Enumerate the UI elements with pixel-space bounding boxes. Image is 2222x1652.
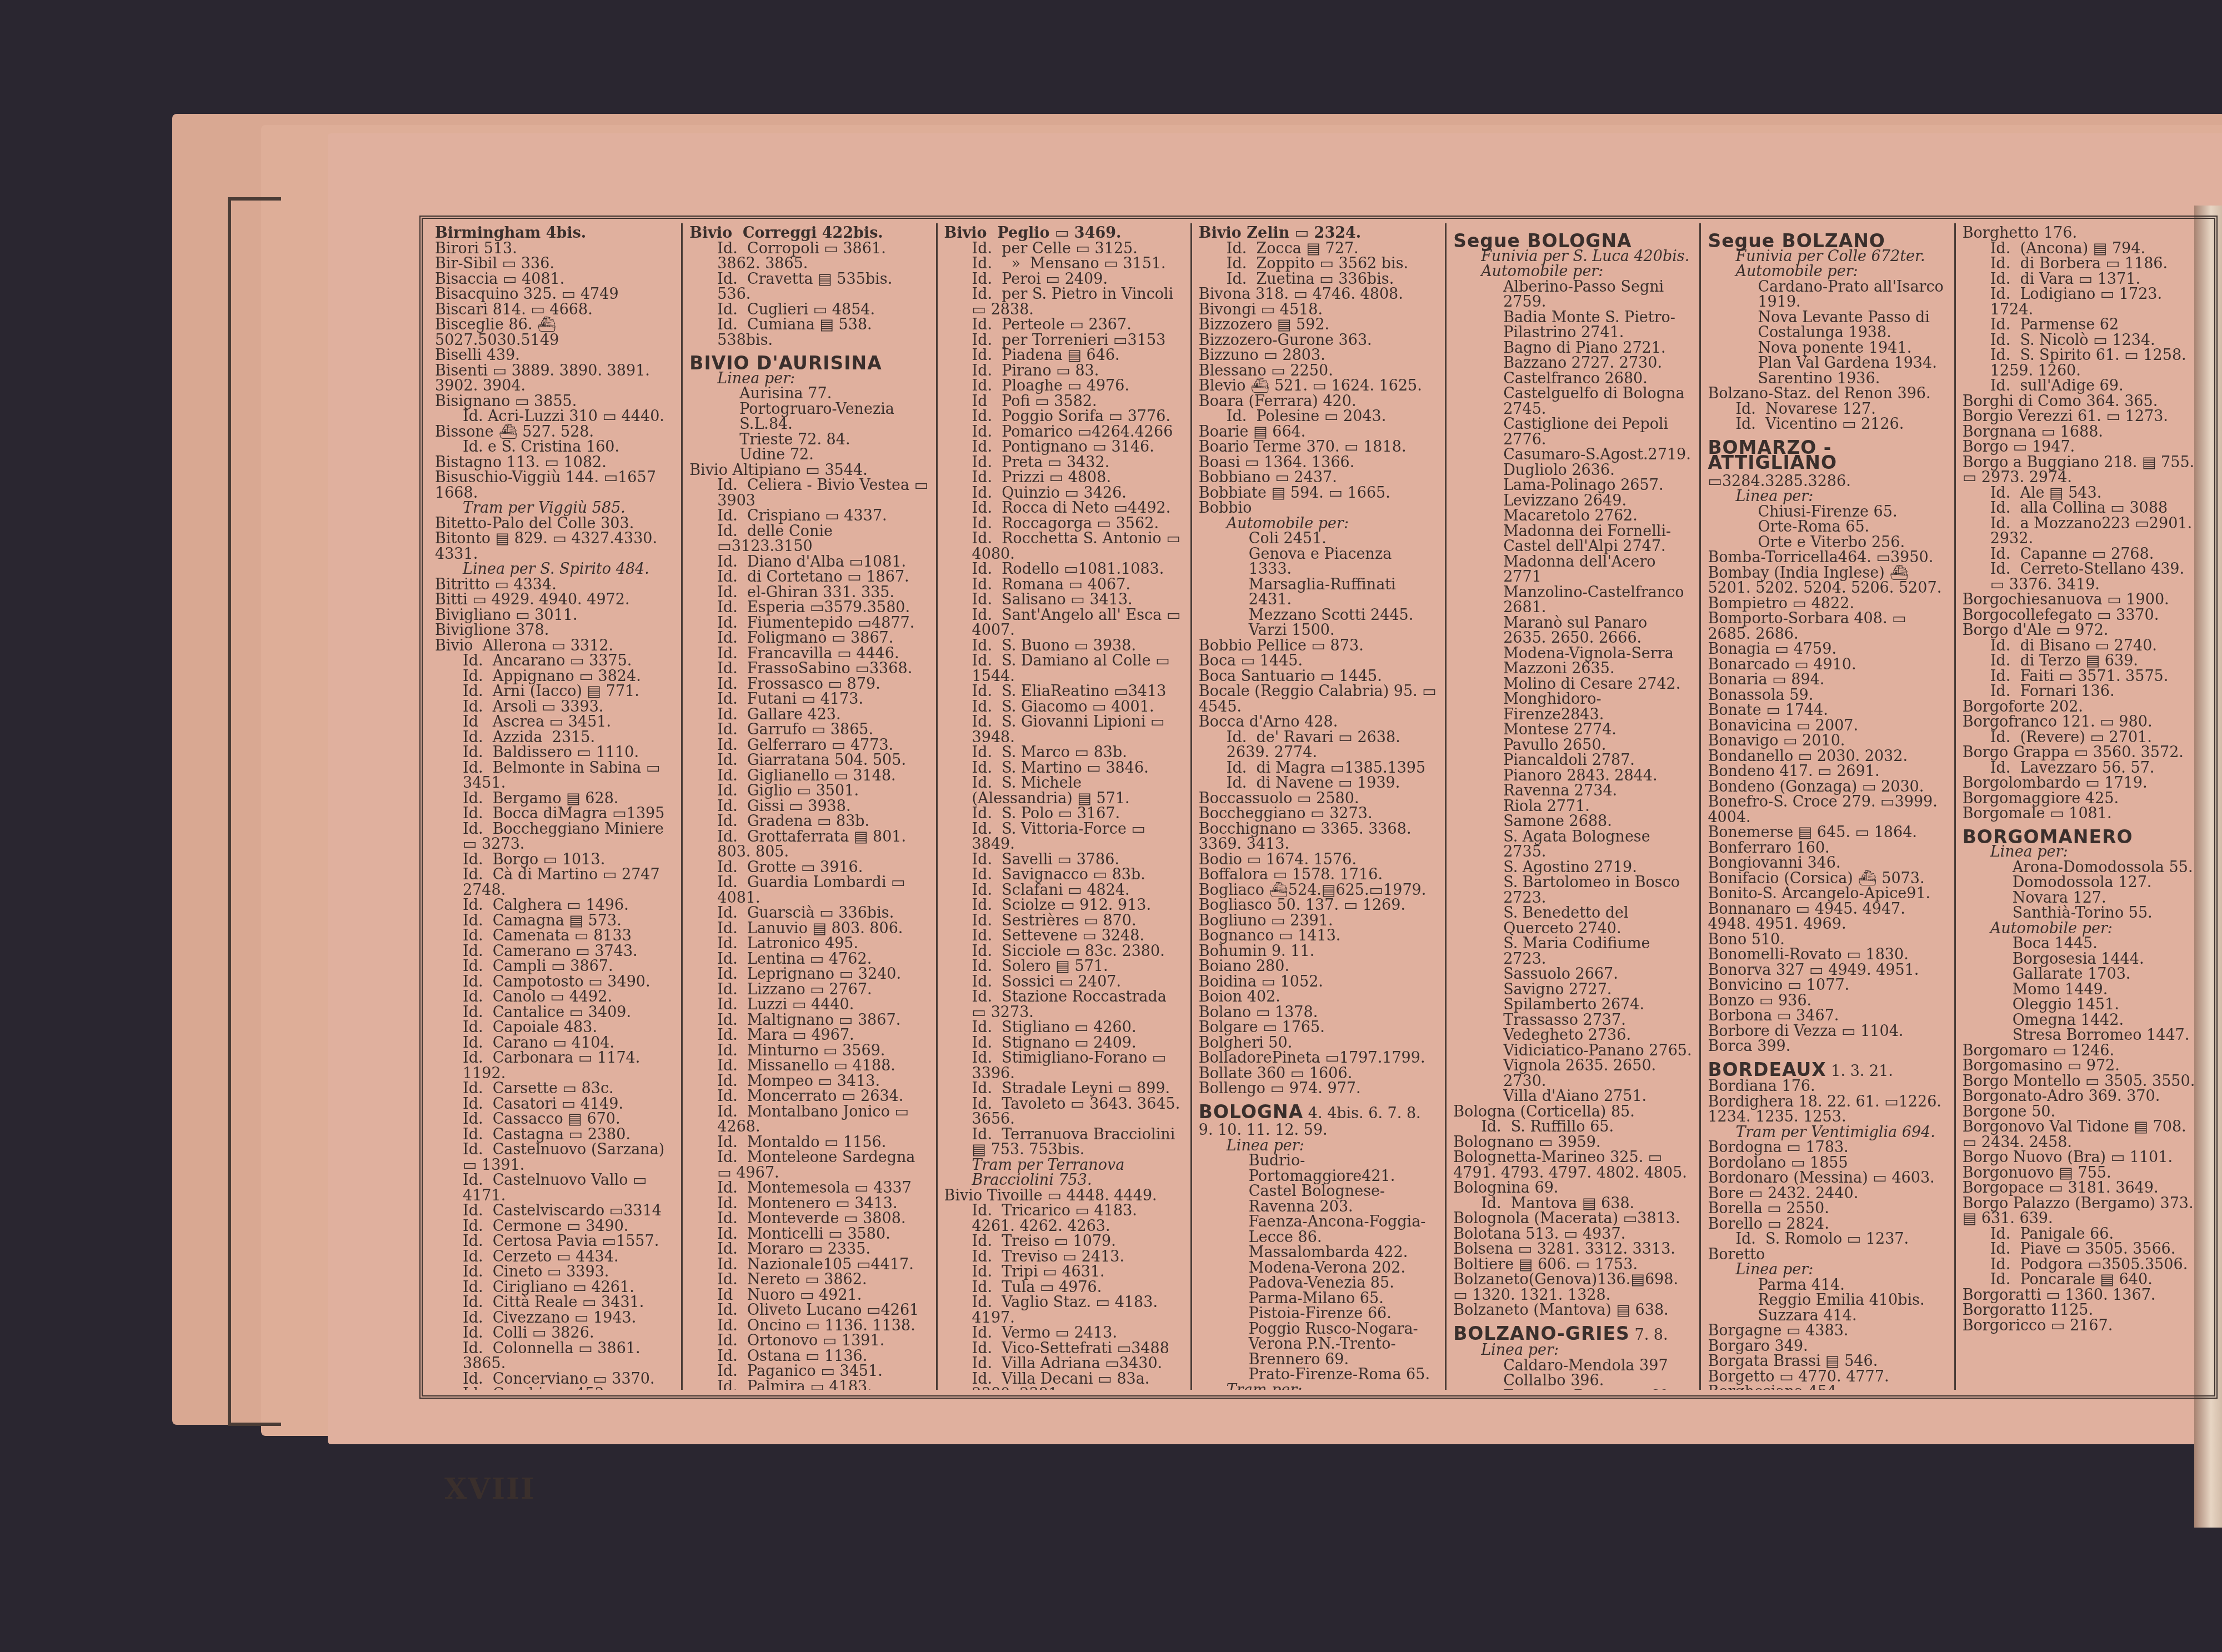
index-entry: Id. Cantalice ▭ 3409. [435,1005,674,1020]
index-entry: Id. di Navene ▭ 1939. [1199,775,1438,791]
index-entry: Marsaglia-Ruffinati 2431. [1199,577,1438,608]
index-entry: Id. Stimigliano-Forano ▭ 3396. [944,1050,1184,1081]
index-entry: Id. Giglianello ▭ 3148. [689,768,929,784]
index-entry: Bonassola 59. [1708,688,1947,703]
index-entry: Bondeno (Gonzaga) ▭ 2030. [1708,779,1947,795]
index-entry: Bollengo ▭ 974. 977. [1199,1081,1438,1097]
index-entry: Bolognano ▭ 3959. [1453,1135,1693,1150]
index-entry: Id. Luzzi ▭ 4440. [689,997,929,1013]
index-entry: Id. Treiso ▭ 1079. [944,1234,1184,1249]
index-entry: S. Benedetto del Querceto 2740. [1453,905,1693,936]
index-entry: Id. Gelferraro ▭ 4773. [689,738,929,753]
index-entry: Parma-Milano 65. [1199,1291,1438,1306]
index-entry: Linea per S. Spirito 484. [435,562,674,577]
index-entry: Id. Montaldo ▭ 1156. [689,1135,929,1150]
index-entry: Id. Mompeo ▭ 3413. [689,1074,929,1089]
index-entry: Montese 2774. [1453,722,1693,738]
index-entry: Id. Rocchetta S. Antonio ▭ 4080. [944,531,1184,562]
index-entry: Trassasso 2737. [1453,1013,1693,1028]
index-entry: Plan Val Gardena 1934. [1708,356,1947,371]
index-entry: Bonzo ▭ 936. [1708,993,1947,1009]
index-entry: Biselli 439. [435,348,674,363]
index-entry: Stresa Borromeo 1447. [1963,1028,2202,1043]
index-entry: Id. Stazione Roccastrada ▭ 3273. [944,989,1184,1020]
index-entry: Id. Moraro ▭ 2335. [689,1241,929,1257]
index-entry: Id. Pomarico ▭4264.4266 [944,424,1184,440]
index-entry: Id. di Terzo ▤ 639. [1963,653,2202,669]
index-entry: Id. Sossici ▭ 2407. [944,974,1184,990]
index-entry: Coli 2451. [1199,531,1438,547]
index-entry: Modena-Verona 202. [1199,1260,1438,1276]
index-entry: Id. Gissi ▭ 3938. [689,799,929,814]
index-entry: Borgonovo Val Tidone ▤ 708. ▭ 2434. 2458… [1963,1119,2202,1150]
index-entry: Padova-Venezia 85. [1199,1275,1438,1291]
index-entry: Borgocollefegato ▭ 3370. [1963,608,2202,623]
index-entry: Id. Solero ▤ 571. [944,959,1184,974]
index-column-3: Bivio Peglio ▭ 3469.Id. per Celle ▭ 3125… [938,223,1192,1390]
index-entry: Id. S. Romolo ▭ 1237. [1708,1232,1947,1247]
index-entry: Id. a Mozzano223 ▭2901. 2932. [1963,516,2202,547]
index-entry: Sassuolo 2667. [1453,967,1693,982]
index-entry: Modena-Vignola-Serra Mazzoni 2635. [1453,646,1693,677]
index-entry: Gallarate 1703. [1963,967,2202,982]
index-entry: Borgomale ▭ 1081. [1963,806,2202,822]
index-entry: Borbore di Vezza ▭ 1104. [1708,1024,1947,1039]
section-heading-label: BOLOGNA [1199,1101,1303,1123]
index-entry: Id. S. Ruffillo 65. [1453,1119,1693,1135]
index-entry: Bologna (Corticella) 85. [1453,1104,1693,1120]
index-entry: Id. Castelviscardo ▭3314 [435,1203,674,1219]
index-entry: Id. per Celle ▭ 3125. [944,241,1184,257]
index-entry: Id. Frossasco ▭ 879. [689,677,929,692]
index-entry: Borgaro 349. [1708,1339,1947,1354]
index-entry: Bisceglie 86. ⛴5027.5030.5149 [435,317,674,348]
index-entry: Bisignano ▭ 3855. [435,394,674,409]
index-entry: Prato-Firenze-Roma 65. [1199,1367,1438,1383]
index-entry: Tram per: [1199,1383,1438,1390]
index-entry: Poggio Rusco-Nogara-Verona P.N.-Trento-B… [1199,1321,1438,1368]
index-entry: Id. Ancarano ▭ 3375. [435,653,674,669]
index-entry: Id. Francavilla ▭ 4446. [689,646,929,662]
index-entry: Id. Sant'Angelo all' Esca ▭ 4007. [944,608,1184,638]
index-entry: Bizzozero-Gurone 363. [1199,333,1438,348]
index-entry: Bisaccia ▭ 4081. [435,272,674,287]
index-entry: Macaretolo 2762. [1453,508,1693,524]
index-entry: Badia Monte S. Pietro-Pilastrino 2741. [1453,310,1693,341]
index-entry: Dugliolo 2636. [1453,463,1693,478]
underlying-page-frame [228,197,281,1426]
index-entry: Madonna dei Fornelli-Castel dell'Alpi 27… [1453,524,1693,554]
index-entry: Id. Vaglio Staz. ▭ 4183. 4197. [944,1295,1184,1325]
index-entry: Borgoricco ▭ 2167. [1963,1318,2202,1334]
index-entry: Id. Rocca di Neto ▭4492. [944,500,1184,516]
index-entry: Id. Cumiana ▤ 538. 538bis. [689,317,929,348]
index-entry: Blessano ▭ 2250. [1199,363,1438,379]
index-entry: Bolzano-Staz. del Renon 396. [1708,386,1947,402]
index-entry: Boara (Ferrara) 420. [1199,394,1438,409]
section-heading-label: BOLZANO-GRIES [1453,1323,1630,1344]
index-entry: Bazzano 2727. 2730. [1453,356,1693,371]
index-entry: Id. Concerviano ▭ 3370. [435,1371,674,1387]
index-entry: Id. Peroi ▭ 2409. [944,272,1184,287]
index-entry: Id. Futani ▭ 4173. [689,692,929,707]
index-entry: Id. Stigliano ▭ 4260. [944,1020,1184,1035]
index-entry: Nova Levante Passo di Costalunga 1938. [1708,310,1947,341]
index-entry: Id Ascrea ▭ 3451. [435,714,674,730]
index-entry: Borbona ▭ 3467. [1708,1008,1947,1024]
index-entry: Id. Fornari 136. [1963,684,2202,699]
index-entry: Ravenna 2734. [1453,783,1693,799]
index-entry: Borgomaro ▭ 1246. [1963,1043,2202,1059]
index-entry: Id. Settevene ▭ 3248. [944,928,1184,944]
index-entry: Id. Diano d'Alba ▭1081. [689,554,929,570]
index-entry: Boidina ▭ 1052. [1199,974,1438,990]
index-entry: Bonnanaro ▭ 4945. 4947. 4948. 4951. 4969… [1708,902,1947,932]
index-entry: Id. Oliveto Lucano ▭4261 [689,1303,929,1318]
index-entry: Bivio Zelin ▭ 2324. [1199,226,1438,241]
index-entry: Id. Cerreto-Stellano 439. ▭ 3376. 3419. [1963,562,2202,592]
index-entry: Id. Arni (Iacco) ▤ 771. [435,684,674,699]
section-heading-numbers: 1. 3. 21. [1826,1063,1893,1080]
index-entry: Orte e Viterbo 256. [1708,535,1947,550]
index-entry: Bivio Tivoille ▭ 4448. 4449. [944,1188,1184,1204]
index-entry: Id. Poncarale ▤ 640. [1963,1272,2202,1288]
index-entry: Riola 2771. [1453,799,1693,814]
section-heading: Segue BOLZANO [1708,233,1947,249]
index-entry: Borgofranco 121. ▭ 980. [1963,714,2202,730]
index-entry: Spilamberto 2674. [1453,997,1693,1013]
index-entry: Borgonuovo ▤ 755. [1963,1165,2202,1181]
index-entry: Id. Panigale 66. [1963,1227,2202,1242]
index-entry: Id. Foligmano ▭ 3867. [689,630,929,646]
index-entry: Samone 2688. [1453,814,1693,829]
index-entry: Borgochiesanuova ▭ 1900. [1963,592,2202,608]
index-entry: Bonavigo ▭ 2010. [1708,733,1947,749]
section-heading: BOLZANO-GRIES 7. 8. [1453,1326,1693,1343]
index-entry: Borgo a Buggiano 218. ▤ 755. ▭ 2973. 297… [1963,455,2202,485]
index-entry: Id. Piave ▭ 3505. 3566. [1963,1241,2202,1257]
index-entry: Id. Nereto ▭ 3862. [689,1272,929,1288]
index-entry: Bonaria ▭ 894. [1708,672,1947,688]
index-entry: Id. Calghera ▭ 1496. [435,898,674,913]
index-entry: Bivio Correggi 422bis. [689,226,929,241]
index-entry: Borgolombardo ▭ 1719. [1963,775,2202,791]
index-entry: Id. Minturno ▭ 3569. [689,1043,929,1059]
section-heading: Segue BOLOGNA [1453,233,1693,249]
index-entry: Id. Palmira ▭ 4183. [689,1379,929,1390]
index-entry: Id. Zuetina ▭ 336bis. [1199,272,1438,287]
index-entry: Id. Città Reale ▭ 3431. [435,1295,674,1310]
index-entry: Bogliaco ⛴524.▤625.▭1979. [1199,883,1438,898]
index-entry: Id. Moncerrato ▭ 2634. [689,1089,929,1104]
index-entry: Id. Guarscià ▭ 336bis. [689,905,929,921]
index-entry: Id. Bocca diMagra ▭1395 [435,806,674,822]
index-entry: Id. Vicentino ▭ 2126. [1708,417,1947,432]
index-entry: Bobbiate ▤ 594. ▭ 1665. [1199,485,1438,501]
index-column-1: Birmingham 4bis.Birori 513.Bir-Sibil ▭ 3… [428,223,683,1390]
index-entry: Bolzaneto (Mantova) ▤ 638. [1453,1303,1693,1318]
index-entry: Id. Belmonte in Sabina ▭ 3451. [435,760,674,791]
index-entry: Id. Piadena ▤ 646. [944,348,1184,363]
index-entry: Bivigliano ▭ 3011. [435,608,674,623]
index-entry: Pavullo 2650. [1453,738,1693,753]
index-entry: Bitritto ▭ 4334. [435,577,674,593]
index-entry: Funivia per Colle 672ter. [1708,249,1947,264]
index-entry: Budrio-Portomaggiore421. [1199,1153,1438,1184]
index-entry: Id. Tricarico ▭ 4183. 4261. 4262. 4263. [944,1203,1184,1234]
index-entry: Parma 414. [1708,1278,1947,1293]
index-entry: Bivongi ▭ 4518. [1199,302,1438,318]
index-entry: Bivio Allerona ▭ 3312. [435,638,674,654]
index-entry: Id. Campotosto ▭ 3490. [435,974,674,990]
index-entry: Nova ponente 1941. [1708,341,1947,356]
index-entry: Borgoratti ▭ 1360. 1367. [1963,1288,2202,1303]
index-entry: Id. Cuglieri ▭ 4854. [689,302,929,318]
index-entry: Boccassuolo ▭ 2580. [1199,791,1438,807]
index-entry: Bobbiano ▭ 2437. [1199,470,1438,485]
index-entry: Id. Cineto ▭ 3393. [435,1264,674,1280]
index-entry: Id. Ploaghe ▭ 4976. [944,378,1184,394]
index-entry: Borgo Montello ▭ 3505. 3550. [1963,1074,2202,1089]
index-entry: Id. Ostana ▭ 1136. [689,1349,929,1364]
index-entry: Id. e S. Cristina 160. [435,439,674,455]
index-entry: Id. Tavoleto ▭ 3643. 3645. 3656. [944,1097,1184,1127]
index-entry: Id. Villa Adriana ▭3430. [944,1356,1184,1371]
index-entry: Id. Paganico ▭ 3451. [689,1364,929,1379]
index-entry: Bobbio Pellice ▭ 873. [1199,638,1438,654]
index-entry: Bonate ▭ 1744. [1708,703,1947,718]
index-entry: Bonvicino ▭ 1077. [1708,978,1947,993]
index-entry: Boltiere ▤ 606. ▭ 1753. [1453,1257,1693,1273]
index-entry: Id. Appignano ▭ 3824. [435,669,674,684]
index-entry: Id. Acri-Luzzi 310 ▭ 4440. [435,409,674,424]
index-entry: Id. Baldissero ▭ 1110. [435,745,674,760]
index-entry: Id. Sciolze ▭ 912. 913. [944,898,1184,913]
index-entry: Bordonaro (Messina) ▭ 4603. [1708,1170,1947,1186]
index-entry: Boretto [1708,1247,1947,1263]
index-entry: Id. Montemesola ▭ 4337 [689,1180,929,1196]
index-entry: Bollate 360 ▭ 1606. [1199,1066,1438,1082]
index-entry: Bizzuno ▭ 2803. [1199,348,1438,363]
index-entry: Bocca d'Arno 428. [1199,714,1438,730]
index-entry: Id. Prizzi ▭ 4808. [944,470,1184,485]
index-entry: Id. sull'Adige 69. [1963,378,2202,394]
index-entry: Bordogna ▭ 1783. [1708,1140,1947,1155]
index-entry: Id. Lanuvio ▤ 803. 806. [689,921,929,937]
index-entry: Borgomaggiore 425. [1963,791,2202,807]
index-entry: Lama-Polinago 2657. [1453,478,1693,493]
index-entry: Id. Savelli ▭ 3786. [944,852,1184,868]
section-heading-numbers: 7. 8. [1630,1326,1668,1344]
index-entry: Id. Maltignano ▭ 3867. [689,1013,929,1028]
index-entry: Id. Giarratana 504. 505. [689,753,929,768]
index-entry: Villa d'Aiano 2751. [1453,1089,1693,1104]
index-entry: Id. Celiera - Bivio Vestea ▭ 3903 [689,478,929,508]
index-entry: Bisuschio-Viggiù 144. ▭1657 1668. [435,470,674,500]
index-entry: Boarie ▤ 664. [1199,424,1438,440]
section-heading-label: BORDEAUX [1708,1059,1826,1080]
index-entry: Funivia per S. Luca 420bis. [1453,249,1693,264]
index-entry: Biviglione 378. [435,623,674,638]
index-entry: Bolognina 69. [1453,1180,1693,1196]
index-entry: Castelfranco 2680. [1453,371,1693,387]
index-entry: Borgo Grappa ▭ 3560. 3572. [1963,745,2202,760]
index-entry: Id. per Torrenieri ▭3153 [944,333,1184,348]
index-entry: Bocale (Reggio Calabria) 95. ▭ 4545. [1199,684,1438,714]
index-entry: Id. Savignacco ▭ 83b. [944,867,1184,883]
index-entry: Id. Civezzano ▭ 1943. [435,1310,674,1326]
index-entry: Casumaro-S.Agost.2719. [1453,447,1693,463]
index-entry: Borgosesia 1444. [1963,952,2202,967]
index-entry: Tram per Terranova Bracciolini 753. [944,1158,1184,1188]
index-entry: Borgoratto 1125. [1963,1303,2202,1318]
index-entry: Blevio ⛴ 521. ▭ 1624. 1625. [1199,378,1438,394]
index-entry: Boasi ▭ 1364. 1366. [1199,455,1438,470]
index-entry: Id. Oncino ▭ 1136. 1138. [689,1318,929,1334]
index-entry: Bisacquino 325. ▭ 4749 [435,287,674,302]
index-entry: Id. S. Martino ▭ 3846. [944,760,1184,776]
index-entry: Id. Pirano ▭ 83. [944,363,1184,379]
index-entry: Bolano ▭ 1378. [1199,1005,1438,1020]
index-entry: Bisenti ▭ 3889. 3890. 3891. 3902. 3904. [435,363,674,394]
index-entry: BolladorePineta ▭1797.1799. [1199,1050,1438,1066]
index-entry: Id. Montenero ▭ 3413. [689,1196,929,1212]
index-entry: Id. di Borbera ▭ 1186. [1963,256,2202,272]
index-entry: Id. Salisano ▭ 3413. [944,592,1184,608]
index-entry: Id. Montalbano Jonico ▭ 4268. [689,1104,929,1135]
index-entry: Id. Fiumentepido ▭4877. [689,615,929,631]
index-entry: Id. Tripi ▭ 4631. [944,1264,1184,1280]
index-entry: Linea per: [1708,489,1947,504]
index-entry: Maranò sul Panaro 2635. 2650. 2666. [1453,615,1693,646]
index-entry: Bodio ▭ 1674. 1576. [1199,852,1438,868]
index-entry: Id. Pontignano ▭ 3146. [944,439,1184,455]
index-entry: Id. Gradena ▭ 83b. [689,814,929,829]
index-entry: Id. FrassoSabino ▭3368. [689,661,929,677]
index-entry: Portogruaro-Venezia S.L.84. [689,402,929,432]
index-entry: Automobile per: [1708,264,1947,279]
index-entry: Biscari 814. ▭ 4668. [435,302,674,318]
index-entry: Id. alla Collina ▭ 3088 [1963,500,2202,516]
index-entry: Bonefro-S. Croce 279. ▭3999. 4004. [1708,794,1947,825]
index-entry: Bolognola (Macerata) ▭3813. [1453,1211,1693,1227]
index-entry: Id. Giglio ▭ 3501. [689,783,929,799]
index-entry: Collalbo 396. [1453,1373,1693,1389]
index-entry: Piancaldoli 2787. [1453,753,1693,768]
index-entry: Id. Corropoli ▭ 3861. 3862. 3865. [689,241,929,272]
index-entry: Borgomasino ▭ 972. [1963,1058,2202,1074]
index-entry: Tram per Viggiù 585. [435,500,674,516]
index-entry: Id. Castelnuovo (Sarzana) ▭ 1391. [435,1142,674,1173]
index-entry: Id. Lizzano ▭ 2767. [689,982,929,998]
index-entry: Boffalora ▭ 1578. 1716. [1199,867,1438,883]
index-entry: Linea per: [1708,1262,1947,1278]
index-entry: Bohumin 9. 11. [1199,944,1438,959]
index-entry: Bolognetta-Marineo 325. ▭ 4791. 4793. 47… [1453,1150,1693,1180]
index-entry: Id. Canolo ▭ 4492. [435,989,674,1005]
index-entry: Bolsena ▭ 3281. 3312. 3313. [1453,1241,1693,1257]
index-entry: Id. Faiti ▭ 3571. 3575. [1963,669,2202,684]
index-entry: Bissone ⛴ 527. 528. [435,424,674,440]
index-entry: Bitetto-Palo del Colle 303. [435,516,674,532]
index-entry: Omegna 1442. [1963,1013,2202,1028]
section-heading: BORGOMANERO [1963,829,2202,845]
index-entry: Boca ▭ 1445. [1199,653,1438,669]
section-heading-label: BOMARZO - ATTIGLIANO [1708,437,1837,474]
index-column-6: Segue BOLZANOFunivia per Colle 672ter.Au… [1701,223,1955,1390]
index-entry: Boccheggiano ▭ 3273. [1199,806,1438,822]
index-entry: Id. Lentina ▭ 4762. [689,952,929,967]
index-entry: Bistagno 113. ▭ 1082. [435,455,674,470]
index-entry: Bonavicina ▭ 2007. [1708,718,1947,734]
index-entry: Id. Zoppito ▭ 3562 bis. [1199,256,1438,272]
index-entry: Id. Colli ▭ 3826. [435,1325,674,1341]
index-entry: Genova e Piacenza 1333. [1199,547,1438,577]
index-entry: Bonferraro 160. [1708,840,1947,856]
index-entry: Id. di Magra ▭1385.1395 [1199,760,1438,776]
index-entry: Id. Castelnuovo Vallo ▭ 4171. [435,1173,674,1203]
index-entry: Boca 1445. [1963,936,2202,952]
index-entry: Alberino-Passo Segni 2759. [1453,279,1693,310]
index-entry: Linea per: [1453,1343,1693,1358]
index-entry: Id. S. Vittoria-Force ▭ 3849. [944,822,1184,852]
index-entry: Borgetto ▭ 4770. 4777. [1708,1369,1947,1385]
index-entry: Id. Vermo ▭ 2413. [944,1325,1184,1341]
index-entry: Santhià-Torino 55. [1963,905,2202,921]
index-entry: Borgnana ▭ 1688. [1963,424,2202,440]
index-entry: Bognanco ▭ 1413. [1199,928,1438,944]
index-entry: Linea per: [1199,1138,1438,1154]
index-entry: Id. Castagna ▭ 2380. [435,1127,674,1143]
index-columns: Birmingham 4bis.Birori 513.Bir-Sibil ▭ 3… [428,223,2209,1390]
index-entry: Id. Polesine ▭ 2043. [1199,409,1438,424]
index-entry: Manzolino-Castelfranco 2681. [1453,585,1693,615]
section-heading: BIVIO D'AURISINA [689,356,929,371]
index-entry: Id. Ortonovo ▭ 1391. [689,1333,929,1349]
index-entry: Aurisina 77. [689,386,929,402]
index-entry: Fortezza-Brennero 69. [1453,1389,1693,1390]
index-entry: Id. Sclafani ▭ 4824. [944,883,1184,898]
index-entry: Boion 402. [1199,989,1438,1005]
index-entry: S. Maria Codifiume 2723. [1453,936,1693,967]
index-entry: Borgone 50. [1963,1104,2202,1120]
index-entry: Id. Mara ▭ 4967. [689,1028,929,1043]
index-entry: Caldaro-Mendola 397 [1453,1358,1693,1374]
index-entry: Borgo ▭ 1947. [1963,439,2202,455]
index-entry: Id. Villa Decani ▭ 83a. 2380. 2381. [944,1371,1184,1390]
index-entry: Birmingham 4bis. [435,226,674,241]
index-entry: Id. el-Ghiran 331. 335. [689,585,929,600]
index-entry: Bizzozero ▤ 592. [1199,317,1438,333]
index-entry: Bonagia ▭ 4759. [1708,642,1947,657]
index-column-2: Bivio Correggi 422bis.Id. Corropoli ▭ 38… [683,223,937,1390]
index-entry: Id. Camerano ▭ 3743. [435,944,674,959]
index-entry: Id. Terranuova Bracciolini ▤ 753. 753bis… [944,1127,1184,1158]
index-entry: Bomporto-Sorbara 408. ▭ 2685. 2686. [1708,611,1947,642]
index-entry: S. Agostino 2719. [1453,860,1693,875]
index-entry: Id. S. Spirito 61. ▭ 1258. 1259. 1260. [1963,348,2202,378]
index-entry: Bolgare ▭ 1765. [1199,1020,1438,1035]
index-entry: Bordolano ▭ 1855 [1708,1155,1947,1171]
index-entry: Bagno di Piano 2721. [1453,341,1693,356]
index-entry: Id. Arsoli ▭ 3393. [435,699,674,715]
index-entry: Id. S. Damiano al Colle ▭ 1544. [944,653,1184,684]
index-entry: Bitonto ▤ 829. ▭ 4327.4330. 4331. [435,531,674,562]
index-entry: Id. Roccagorga ▭ 3562. [944,516,1184,532]
index-entry: Levizzano 2649. [1453,493,1693,509]
index-entry: Vignola 2635. 2650. 2730. [1453,1058,1693,1089]
index-entry: Borgopace ▭ 3181. 3649. [1963,1180,2202,1196]
